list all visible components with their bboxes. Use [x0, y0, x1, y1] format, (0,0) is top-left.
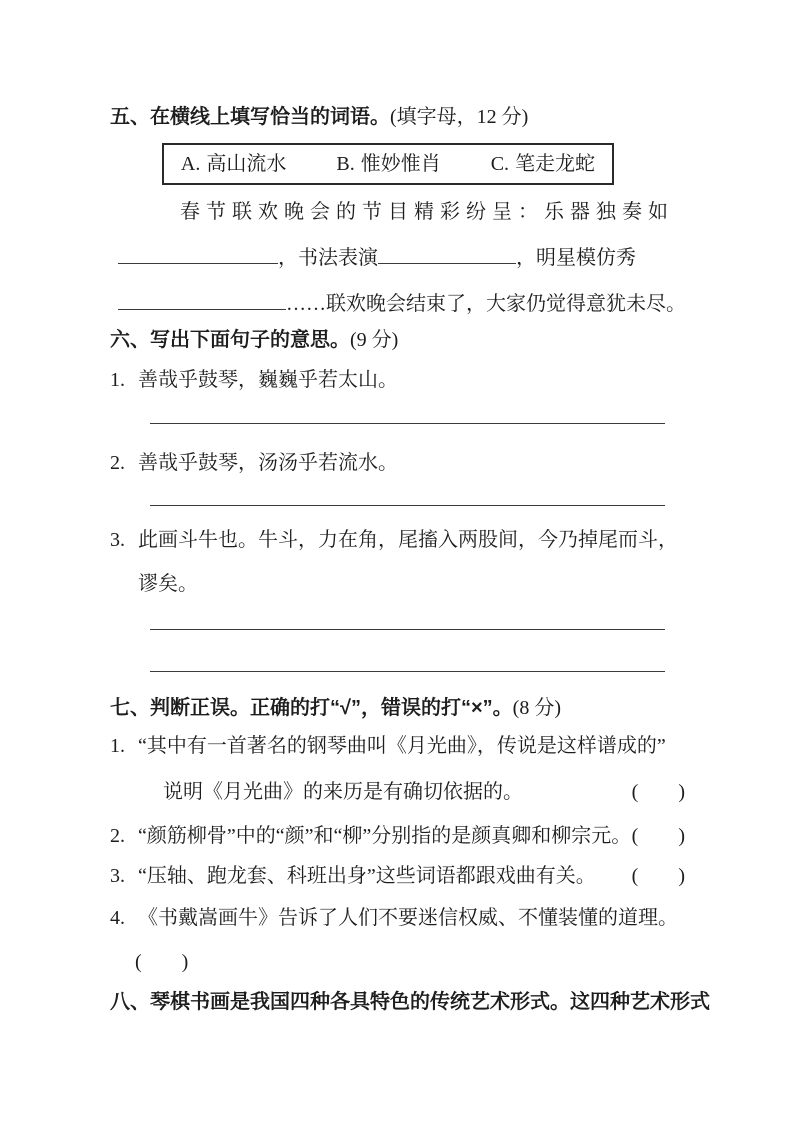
fill-blank-3: [118, 290, 286, 310]
option-a-text: 高山流水: [206, 153, 286, 175]
section5-line2-seg2: ，明星模仿秀: [516, 247, 636, 269]
option-c-text: 笔走龙蛇: [515, 153, 595, 175]
fill-blank-2: [378, 244, 516, 264]
item-text: 《书戴嵩画牛》告诉了人们不要迷信权威、不懂装懂的道理。: [138, 906, 678, 930]
item-number: 3.: [110, 864, 138, 888]
item-number: 2.: [110, 451, 138, 475]
judge-item-2: 2. “颜筋柳骨”中的“颜”和“柳”分别指的是颜真卿和柳宗元。 ( ): [110, 824, 685, 848]
option-c-letter: C.: [491, 153, 509, 175]
section5-title: 在横线上填写恰当的词语。: [150, 106, 390, 128]
translate-item-2: 2. 善哉乎鼓琴，汤汤乎若流水。: [110, 451, 685, 475]
option-b: B.惟妙惟肖: [336, 152, 440, 176]
section5-line3-seg1: ……联欢晚会结束了，大家仍觉得意犹未尽。: [286, 293, 686, 315]
item-text-line2: 说明《月光曲》的来历是有确切依据的。: [163, 780, 523, 804]
judge-item-1: 1. “其中有一首著名的钢琴曲叫《月光曲》，传说是这样谱成的” 说明《月光曲》的…: [110, 734, 685, 804]
section5-header: 五、在横线上填写恰当的词语。(填字母，12 分): [110, 105, 685, 129]
spacer: [596, 864, 632, 888]
option-b-letter: B.: [336, 153, 354, 175]
section7-number: 七、: [110, 697, 150, 719]
answer-bracket: ( ): [135, 951, 188, 973]
answer-bracket: ( ): [632, 864, 685, 888]
option-a-letter: A.: [181, 153, 200, 175]
judge-item-4: 4. 《书戴嵩画牛》告诉了人们不要迷信权威、不懂装懂的道理。 ( ): [110, 906, 685, 974]
item-text: “压轴、跑龙套、科班出身”这些词语都跟戏曲有关。: [138, 864, 596, 888]
section5-number: 五、: [110, 106, 150, 128]
fill-blank-1: [118, 244, 278, 264]
option-a: A.高山流水: [181, 152, 286, 176]
answer-line-3: [150, 629, 665, 630]
section5-paragraph-line1: 春节联欢晚会的节目精彩纷呈：乐器独奏如: [180, 200, 685, 224]
section8-text: 琴棋书画是我国四种各具特色的传统艺术形式。这四种艺术形式: [150, 991, 710, 1013]
section7-header: 七、判断正误。正确的打“√”，错误的打“×”。(8 分): [110, 696, 685, 720]
judge-item-4-bracket-line: ( ): [135, 950, 685, 974]
worksheet-page: 五、在横线上填写恰当的词语。(填字母，12 分) A.高山流水 B.惟妙惟肖 C…: [0, 0, 793, 1122]
item-text-line2: 谬矣。: [138, 572, 678, 596]
item-number: 1.: [110, 734, 138, 758]
section5-paragraph-line2: ，书法表演，明星模仿秀: [118, 244, 685, 270]
section5-paragraph-line3: ……联欢晚会结束了，大家仍觉得意犹未尽。: [118, 290, 685, 316]
judge-item-3: 3. “压轴、跑龙套、科班出身”这些词语都跟戏曲有关。 ( ): [110, 864, 685, 888]
spacer: [523, 780, 632, 804]
judge-item-4-line1: 4. 《书戴嵩画牛》告诉了人们不要迷信权威、不懂装懂的道理。: [110, 906, 685, 930]
section7-note: (8 分): [513, 697, 561, 719]
item-number: 1.: [110, 368, 138, 392]
item-text: 善哉乎鼓琴，汤汤乎若流水。: [138, 451, 398, 475]
item-number: 4.: [110, 906, 138, 930]
answer-line-2: [150, 505, 665, 506]
item-text-line1: 此画斗牛也。牛斗，力在角，尾搐入两股间，今乃掉尾而斗，: [138, 528, 678, 552]
translate-item-3: 3. 此画斗牛也。牛斗，力在角，尾搐入两股间，今乃掉尾而斗， 谬矣。: [110, 528, 685, 596]
item-number: 3.: [110, 528, 138, 596]
section6-number: 六、: [110, 329, 150, 351]
section6-note: (9 分): [350, 329, 398, 351]
item-text: “颜筋柳骨”中的“颜”和“柳”分别指的是颜真卿和柳宗元。: [138, 824, 631, 848]
section5-note: (填字母，12 分): [390, 106, 528, 128]
answer-line-1: [150, 423, 665, 424]
section6-title: 写出下面句子的意思。: [150, 329, 350, 351]
option-b-text: 惟妙惟肖: [361, 153, 441, 175]
item-text: 善哉乎鼓琴，巍巍乎若太山。: [138, 368, 398, 392]
section8-number: 八、: [110, 991, 150, 1013]
answer-bracket: ( ): [632, 780, 685, 804]
word-options-box: A.高山流水 B.惟妙惟肖 C.笔走龙蛇: [162, 143, 614, 185]
section8-header: 八、琴棋书画是我国四种各具特色的传统艺术形式。这四种艺术形式: [110, 990, 685, 1014]
translate-item-1: 1. 善哉乎鼓琴，巍巍乎若太山。: [110, 368, 685, 392]
item-text: 此画斗牛也。牛斗，力在角，尾搐入两股间，今乃掉尾而斗， 谬矣。: [138, 528, 678, 596]
item-number: 2.: [110, 824, 138, 848]
answer-bracket: ( ): [632, 824, 685, 848]
answer-line-4: [150, 671, 665, 672]
option-c: C.笔走龙蛇: [491, 152, 595, 176]
section5-line2-seg1: ，书法表演: [278, 247, 378, 269]
judge-item-1-line2: 说明《月光曲》的来历是有确切依据的。 ( ): [110, 780, 685, 804]
section6-header: 六、写出下面句子的意思。(9 分): [110, 328, 685, 352]
section7-title: 判断正误。正确的打“√”，错误的打“×”。: [150, 697, 513, 719]
item-text-line1: “其中有一首著名的钢琴曲叫《月光曲》，传说是这样谱成的”: [138, 734, 666, 758]
judge-item-1-line1: 1. “其中有一首著名的钢琴曲叫《月光曲》，传说是这样谱成的”: [110, 734, 685, 758]
